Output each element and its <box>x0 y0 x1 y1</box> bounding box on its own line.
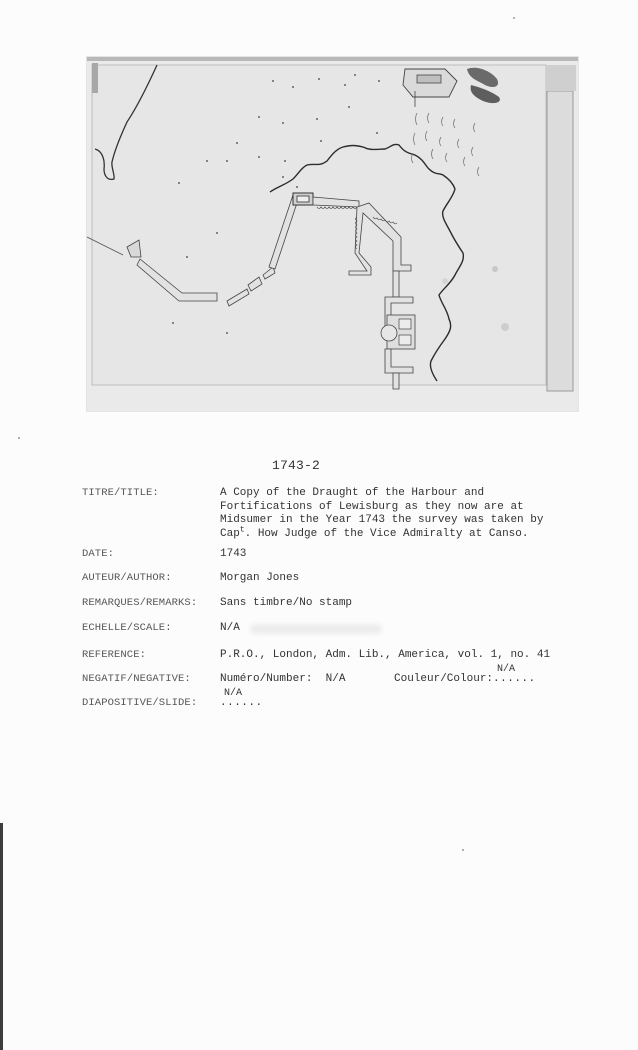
map-photograph <box>87 57 578 411</box>
negative-colour-label: Couleur/Colour: <box>394 673 493 685</box>
slide-value: N/A...... <box>220 697 263 710</box>
speck <box>462 849 464 851</box>
negative-number-label: Numéro/Number: <box>220 673 312 685</box>
author-value: Morgan Jones <box>220 572 299 585</box>
negative-colour-value: N/A...... <box>493 673 536 686</box>
negative-number: Numéro/Number: N/A <box>220 673 345 686</box>
reference-label: REFERENCE: <box>82 649 146 662</box>
erased-mark <box>250 624 382 634</box>
title-label: TITRE/TITLE: <box>82 487 159 500</box>
speck <box>513 17 515 19</box>
remarks-value: Sans timbre/No stamp <box>220 597 352 610</box>
author-label: AUTEUR/AUTHOR: <box>82 572 172 585</box>
reference-value: P.R.O., London, Adm. Lib., America, vol.… <box>220 649 550 662</box>
negative-label: NEGATIF/NEGATIVE: <box>82 673 191 686</box>
remarks-label: REMARQUES/REMARKS: <box>82 597 197 610</box>
negative-colour: Couleur/Colour:N/A...... <box>394 673 536 686</box>
date-label: DATE: <box>82 548 114 561</box>
speck <box>18 437 20 439</box>
accession-number: 1743-2 <box>272 458 320 473</box>
scan-edge-strip <box>0 823 3 1050</box>
scale-label: ECHELLE/SCALE: <box>82 622 172 635</box>
negative-number-value: N/A <box>326 673 346 685</box>
scale-value: N/A <box>220 622 240 635</box>
date-value: 1743 <box>220 548 246 561</box>
title-value: A Copy of the Draught of the Harbour and… <box>220 487 580 541</box>
map-drawing <box>87 57 578 411</box>
slide-label: DIAPOSITIVE/SLIDE: <box>82 697 197 710</box>
